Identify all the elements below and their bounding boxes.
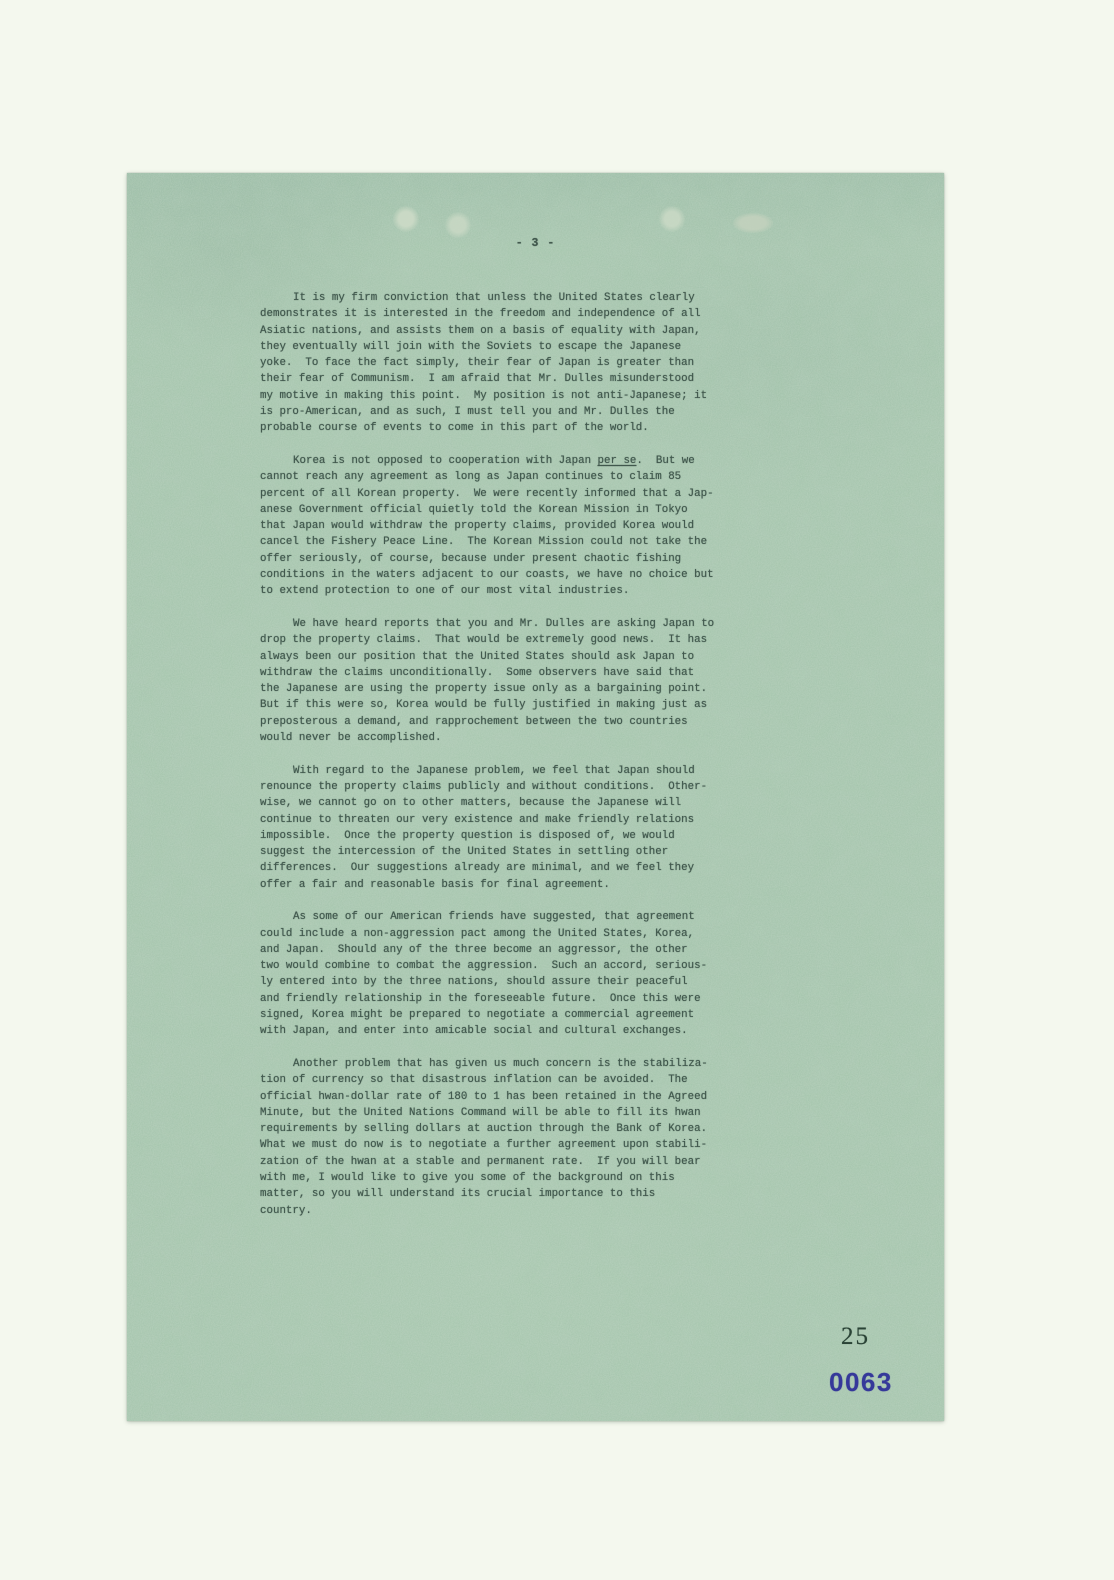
paragraph: We have heard reports that you and Mr. D… xyxy=(260,616,870,746)
scan-background: - 3 - It is my firm conviction that unle… xyxy=(0,0,1114,1580)
archive-stamp-number: 0063 xyxy=(829,1367,893,1398)
paragraph: With regard to the Japanese problem, we … xyxy=(260,763,870,893)
penciled-page-number: 25 xyxy=(841,1323,870,1351)
punch-hole-mark xyxy=(393,206,419,232)
document-body: It is my firm conviction that unless the… xyxy=(260,290,870,1235)
paragraph: Another problem that has given us much c… xyxy=(260,1056,870,1219)
paragraph: As some of our American friends have sug… xyxy=(260,909,870,1039)
punch-hole-mark xyxy=(445,212,471,238)
punch-hole-mark xyxy=(659,206,685,232)
punch-hole-smudge xyxy=(733,213,773,233)
page-number-header: - 3 - xyxy=(127,237,944,250)
paragraph: It is my firm conviction that unless the… xyxy=(260,290,870,437)
paragraph: Korea is not opposed to cooperation with… xyxy=(260,453,870,600)
document-page: - 3 - It is my firm conviction that unle… xyxy=(127,173,944,1421)
